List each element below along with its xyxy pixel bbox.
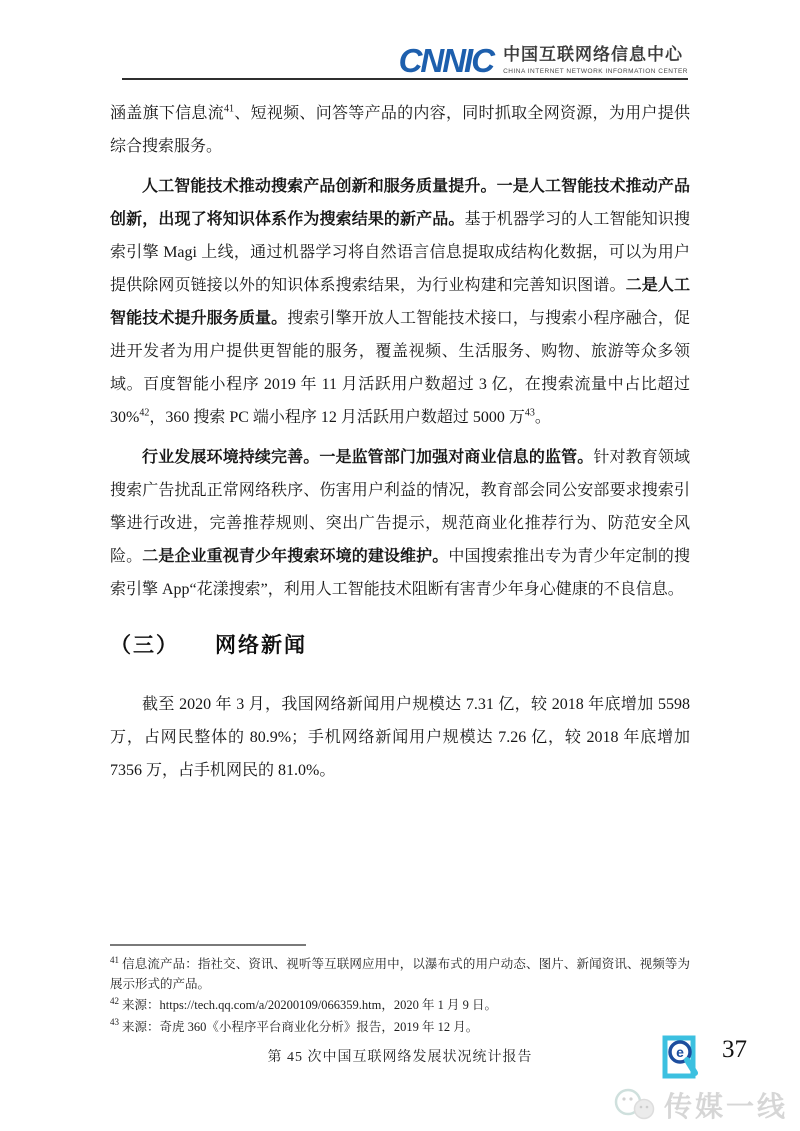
watermark: 传媒一线	[613, 1085, 788, 1125]
section-title: 网络新闻	[215, 633, 307, 657]
text-run: 二是企业重视青少年搜索环境的建设维护。	[142, 548, 448, 565]
text-run: ，360 搜索 PC 端小程序 12 月活跃用户数超过 5000 万	[149, 409, 525, 426]
org-names: 中国互联网络信息中心 CHINA INTERNET NETWORK INFORM…	[503, 46, 688, 75]
paragraph: 人工智能技术推动搜索产品创新和服务质量提升。一是人工智能技术推动产品创新，出现了…	[110, 170, 690, 434]
org-name-chinese: 中国互联网络信息中心	[503, 46, 688, 65]
footnote-separator	[110, 944, 306, 946]
body-paragraphs-after-heading: 截至 2020 年 3 月，我国网络新闻用户规模达 7.31 亿，较 2018 …	[110, 688, 690, 787]
org-name-english: CHINA INTERNET NETWORK INFORMATION CENTE…	[503, 68, 688, 75]
footnote-reference: 41	[224, 104, 234, 115]
footnote-item: 42来源：https://tech.qq.com/a/20200109/0663…	[110, 996, 690, 1016]
footnote-item: 43来源：奇虎 360《小程序平台商业化分析》报告，2019 年 12 月。	[110, 1018, 690, 1038]
document-page: CNNIC 中国互联网络信息中心 CHINA INTERNET NETWORK …	[0, 0, 800, 1131]
footnote-item: 41信息流产品：指社交、资讯、视听等互联网应用中，以瀑布式的用户动态、图片、新闻…	[110, 955, 690, 994]
footnote-number: 43	[110, 1017, 119, 1027]
text-run: 行业发展环境持续完善。一是监管部门加强对商业信息的监管。	[142, 449, 593, 466]
footnotes-block: 41信息流产品：指社交、资讯、视听等互联网应用中，以瀑布式的用户动态、图片、新闻…	[110, 944, 690, 1039]
section-number: （三）	[110, 633, 179, 657]
footnote-number: 41	[110, 955, 119, 965]
page-number: 37	[722, 1036, 747, 1064]
footnote-number: 42	[110, 996, 119, 1006]
section-heading: （三）网络新闻	[110, 629, 690, 659]
footnote-reference: 42	[139, 408, 149, 419]
paragraph: 行业发展环境持续完善。一是监管部门加强对商业信息的监管。针对教育领域搜索广告扰乱…	[110, 441, 690, 606]
wechat-icon	[613, 1087, 657, 1123]
footnote-text: 来源：https://tech.qq.com/a/20200109/066359…	[122, 998, 497, 1012]
footnote-text: 来源：奇虎 360《小程序平台商业化分析》报告，2019 年 12 月。	[122, 1020, 478, 1034]
header-divider	[122, 78, 688, 80]
footnote-list: 41信息流产品：指社交、资讯、视听等互联网应用中，以瀑布式的用户动态、图片、新闻…	[110, 955, 690, 1037]
document-body: 涵盖旗下信息流41、短视频、问答等产品的内容，同时抓取全网资源，为用户提供综合搜…	[110, 97, 690, 794]
page-header: CNNIC 中国互联网络信息中心 CHINA INTERNET NETWORK …	[399, 44, 688, 77]
cnnic-logo: CNNIC	[399, 44, 494, 77]
text-run: 涵盖旗下信息流	[110, 105, 224, 122]
paragraph: 涵盖旗下信息流41、短视频、问答等产品的内容，同时抓取全网资源，为用户提供综合搜…	[110, 97, 690, 163]
svg-text:e: e	[676, 1044, 684, 1060]
paragraph: 截至 2020 年 3 月，我国网络新闻用户规模达 7.31 亿，较 2018 …	[110, 688, 690, 787]
text-run: 截至 2020 年 3 月，我国网络新闻用户规模达 7.31 亿，较 2018 …	[110, 696, 690, 779]
cnnic-stamp-icon: e	[662, 1035, 699, 1081]
body-paragraphs-top: 涵盖旗下信息流41、短视频、问答等产品的内容，同时抓取全网资源，为用户提供综合搜…	[110, 97, 690, 606]
footnote-reference: 43	[525, 408, 535, 419]
text-run: 。	[535, 409, 551, 426]
footnote-text: 信息流产品：指社交、资讯、视听等互联网应用中，以瀑布式的用户动态、图片、新闻资讯…	[110, 957, 690, 991]
watermark-text: 传媒一线	[664, 1085, 788, 1125]
